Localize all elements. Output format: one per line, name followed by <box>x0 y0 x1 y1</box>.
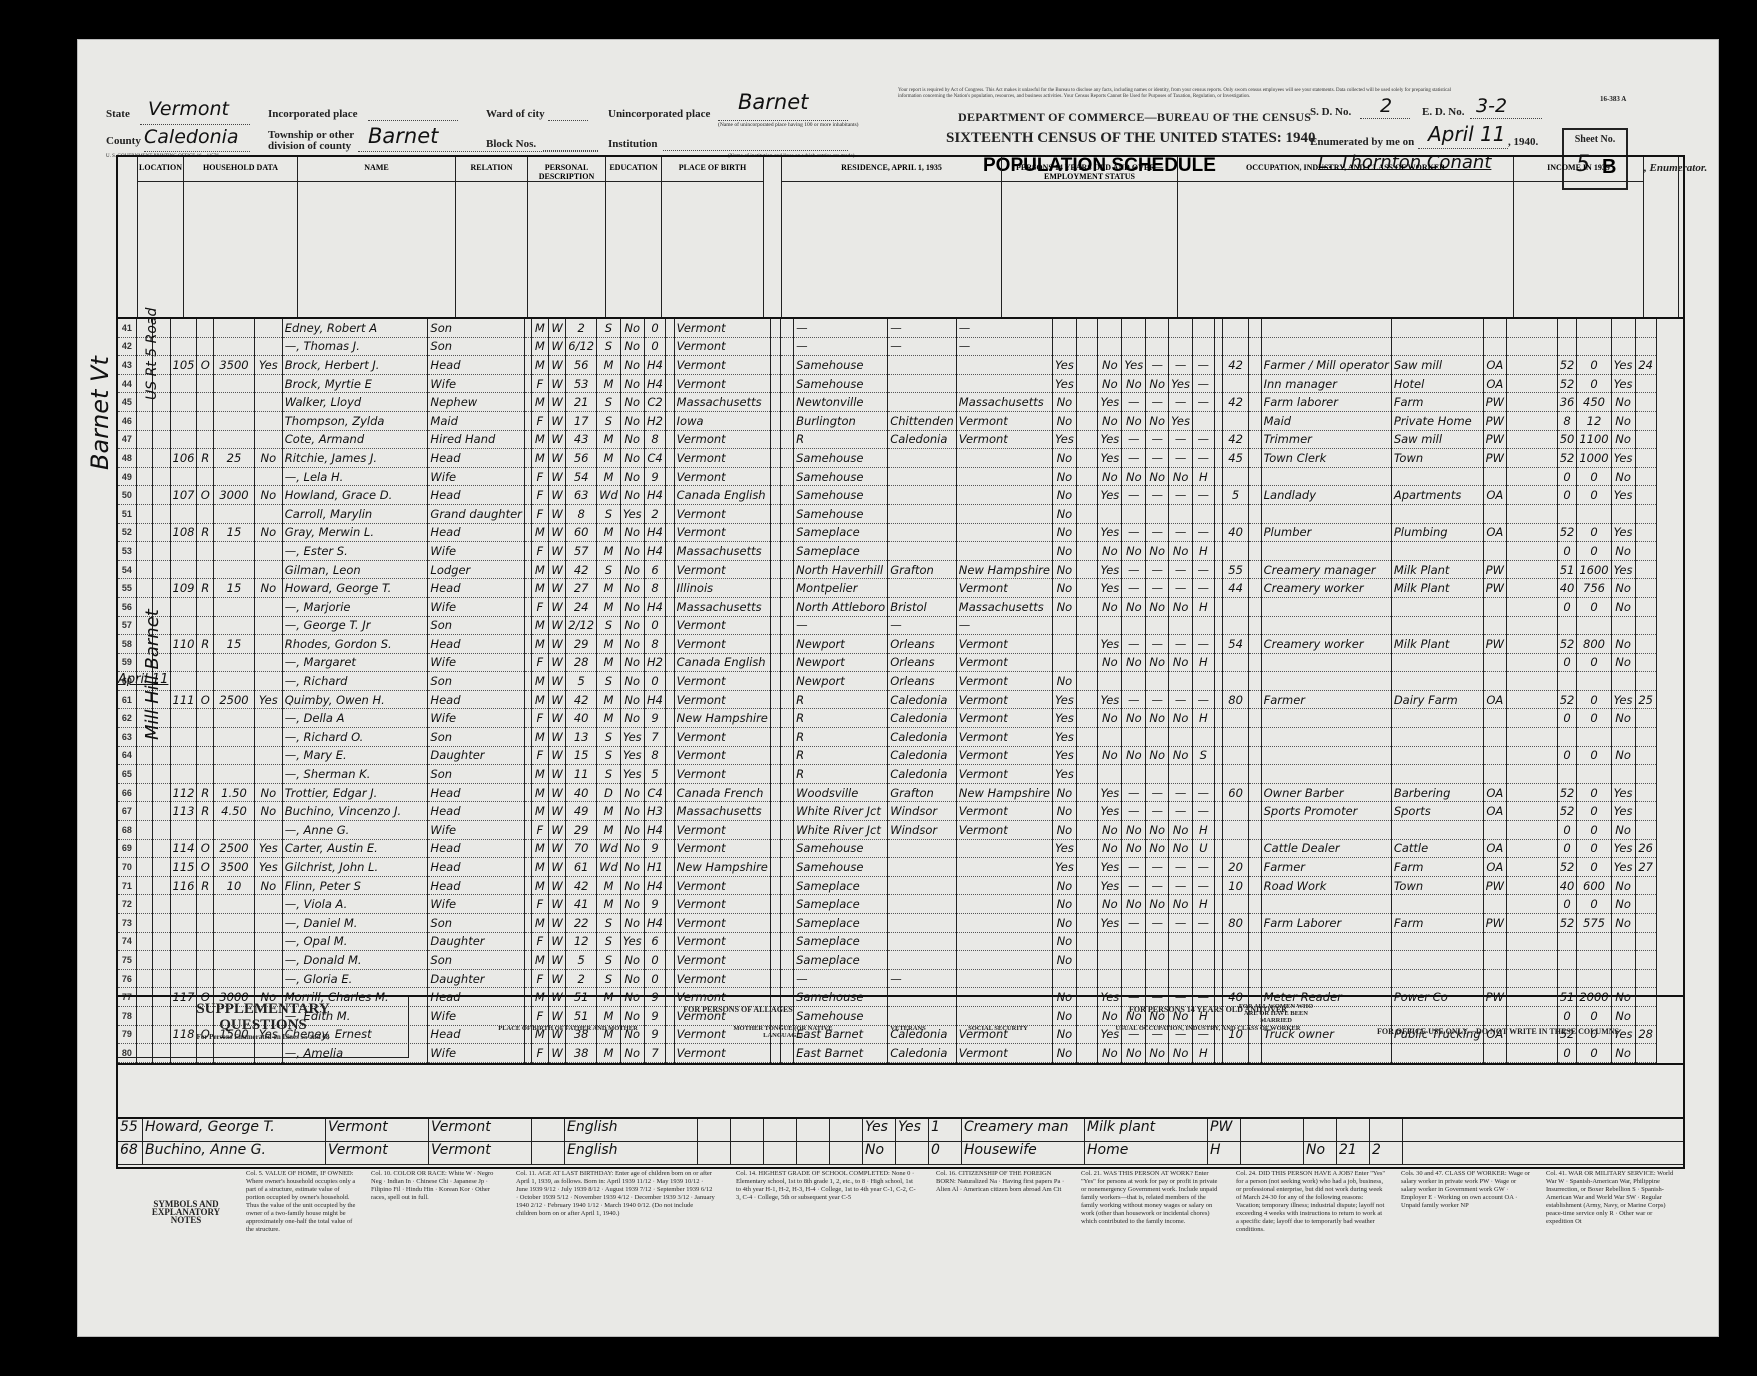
cell-blank <box>780 746 794 765</box>
cell-res_county: — <box>888 337 957 356</box>
cell-name: Edney, Robert A <box>282 319 428 337</box>
cell-sch: No <box>620 635 644 654</box>
cell-c21: No <box>1098 542 1122 561</box>
cell-sex: M <box>531 765 548 784</box>
cell-c24: No <box>1169 895 1193 914</box>
cell-c24: No <box>1169 746 1193 765</box>
cell-blank <box>1214 579 1222 598</box>
supp-row: 55Howard, George T.VermontVermontEnglish… <box>118 1119 1683 1142</box>
cell-value <box>214 951 255 970</box>
cell-c24: — <box>1169 914 1193 933</box>
cell-blank <box>136 783 152 802</box>
cell-sch: No <box>620 523 644 542</box>
cell-sex: M <box>531 449 548 468</box>
cell-race: W <box>548 393 565 412</box>
cell-same: No <box>1052 486 1076 505</box>
cell-mar: S <box>597 672 621 691</box>
cell-blank <box>666 356 674 375</box>
supp-cell-m50 <box>1370 1119 1403 1141</box>
cell-mar: M <box>597 876 621 895</box>
cell-blank <box>770 690 780 709</box>
table-row: 60—, RichardSonMW5SNo0VermontNewportOrle… <box>118 672 1683 691</box>
cell-occ: Farmer <box>1261 858 1391 877</box>
cell-value <box>214 504 255 523</box>
cell-hrs: 10 <box>1222 876 1249 895</box>
cell-res_city: R <box>794 690 888 709</box>
cell-blank <box>1214 542 1222 561</box>
cell-farmno <box>1635 523 1656 542</box>
cell-blank <box>524 858 531 877</box>
cell-blank <box>1249 709 1261 728</box>
cell-value: 3500 <box>214 858 255 877</box>
cell-own: O <box>197 356 214 375</box>
cell-res_state: Vermont <box>956 728 1052 747</box>
cell-res_city: North Attleboro <box>794 597 888 616</box>
cell-blank <box>524 653 531 672</box>
cell-farmno <box>1635 319 1656 337</box>
cell-blank <box>1214 635 1222 654</box>
cell-blank <box>780 690 794 709</box>
cell-rel: Wife <box>428 821 524 840</box>
cell-hrs <box>1222 319 1249 337</box>
cell-blank <box>1076 337 1098 356</box>
cell-birth: Vermont <box>674 635 770 654</box>
cell-age: 5 <box>566 951 597 970</box>
cell-res_city: R <box>794 430 888 449</box>
cell-value: 15 <box>214 579 255 598</box>
cell-house: 109 <box>170 579 197 598</box>
cell-farm: No <box>254 579 282 598</box>
cell-blank <box>1249 430 1261 449</box>
cell-blank <box>770 709 780 728</box>
cell-c25: S <box>1193 746 1214 765</box>
cell-blank <box>1076 616 1098 635</box>
cell-blank <box>152 969 170 988</box>
cell-blank <box>1506 467 1557 486</box>
cell-grade: 9 <box>644 839 666 858</box>
cell-blank <box>780 728 794 747</box>
cell-age: 5 <box>566 672 597 691</box>
cell-blank <box>1214 932 1222 951</box>
cell-cls: PW <box>1483 449 1506 468</box>
cell-ind: Saw mill <box>1391 430 1483 449</box>
cell-c21: No <box>1098 467 1122 486</box>
cell-ind <box>1391 746 1483 765</box>
cell-name: —, Donald M. <box>282 951 428 970</box>
cell-c22: No <box>1122 821 1146 840</box>
cell-own <box>197 914 214 933</box>
cell-blank <box>666 765 674 784</box>
cell-blank <box>770 616 780 635</box>
cell-rel: Son <box>428 319 524 337</box>
cell-oth: No <box>1611 467 1635 486</box>
cell-blank <box>666 821 674 840</box>
cell-blank <box>770 858 780 877</box>
cell-wks <box>1557 932 1577 951</box>
cell-sex: M <box>531 430 548 449</box>
cell-blank <box>136 449 152 468</box>
cell-blank <box>152 858 170 877</box>
cell-cls <box>1483 542 1506 561</box>
cell-same: Yes <box>1052 374 1076 393</box>
cell-blank <box>1249 765 1261 784</box>
cell-blank <box>524 783 531 802</box>
cell-res_state <box>956 914 1052 933</box>
cell-blank <box>1214 839 1222 858</box>
cell-blank <box>1506 690 1557 709</box>
cell-blank <box>1506 597 1557 616</box>
cell-blank <box>524 449 531 468</box>
cell-ind <box>1391 951 1483 970</box>
population-table: 41Edney, Robert ASonMW2SNo0Vermont———42—… <box>118 319 1683 1063</box>
cell-sex: F <box>531 411 548 430</box>
cell-blank <box>1249 914 1261 933</box>
cell-occ <box>1261 616 1391 635</box>
cell-cls: PW <box>1483 635 1506 654</box>
cell-blank <box>1249 839 1261 858</box>
cell-ind <box>1391 672 1483 691</box>
cell-own: O <box>197 690 214 709</box>
cell-own <box>197 542 214 561</box>
supp-row: 68Buchino, Anne G.VermontVermontEnglishN… <box>118 1142 1683 1165</box>
cell-rel: Son <box>428 337 524 356</box>
cell-house: 115 <box>170 858 197 877</box>
cell-house: 108 <box>170 523 197 542</box>
supp-cell-blank <box>1241 1119 1304 1141</box>
cell-blank <box>1506 765 1557 784</box>
cell-oth <box>1611 504 1635 523</box>
cell-farm <box>254 765 282 784</box>
cell-c23: No <box>1146 839 1169 858</box>
cell-blank <box>770 876 780 895</box>
cell-blank <box>152 932 170 951</box>
cell-res_city: Woodsville <box>794 783 888 802</box>
cell-c24: — <box>1169 560 1193 579</box>
cell-age: 22 <box>566 914 597 933</box>
cell-c25: — <box>1193 858 1214 877</box>
cell-blank <box>524 319 531 337</box>
cell-race: W <box>548 597 565 616</box>
cell-res_city: Burlington <box>794 411 888 430</box>
cell-farm <box>254 597 282 616</box>
cell-c25: — <box>1193 579 1214 598</box>
cell-blank <box>770 653 780 672</box>
cell-c23 <box>1146 337 1169 356</box>
cell-line: 50 <box>118 486 136 505</box>
cell-wks: 0 <box>1557 709 1577 728</box>
cell-c24: Yes <box>1169 374 1193 393</box>
cell-wks: 52 <box>1557 449 1577 468</box>
cell-c25 <box>1193 319 1214 337</box>
cell-farm <box>254 430 282 449</box>
cell-value: 15 <box>214 523 255 542</box>
cell-birth: Vermont <box>674 746 770 765</box>
cell-blank <box>524 969 531 988</box>
cell-res_state <box>956 449 1052 468</box>
cell-same: No <box>1052 393 1076 412</box>
cell-wks: 52 <box>1557 635 1577 654</box>
cell-value <box>214 374 255 393</box>
cell-blank <box>1506 746 1557 765</box>
header-residence-1935: RESIDENCE, APRIL 1, 1935 <box>782 157 1002 317</box>
cell-birth: Vermont <box>674 672 770 691</box>
cell-blank <box>780 765 794 784</box>
cell-mar: S <box>597 319 621 337</box>
cell-age: 63 <box>566 486 597 505</box>
cell-blank <box>136 560 152 579</box>
cell-line: 45 <box>118 393 136 412</box>
cell-sex: M <box>531 579 548 598</box>
cell-c24: — <box>1169 356 1193 375</box>
cell-wks: 52 <box>1557 858 1577 877</box>
cell-value <box>214 895 255 914</box>
cell-oth: No <box>1611 597 1635 616</box>
cell-c25: — <box>1193 449 1214 468</box>
cell-c25: H <box>1193 597 1214 616</box>
cell-res_city: Sameplace <box>794 876 888 895</box>
cell-name: Carroll, Marylin <box>282 504 428 523</box>
cell-farmno <box>1635 932 1656 951</box>
cell-blank <box>1076 690 1098 709</box>
cell-rel: Maid <box>428 411 524 430</box>
cell-cls <box>1483 709 1506 728</box>
cell-blank <box>1506 579 1557 598</box>
cell-blank <box>780 319 794 337</box>
cell-blank <box>524 746 531 765</box>
table-row: 56—, MarjorieWifeFW24MNoH4MassachusettsN… <box>118 597 1683 616</box>
cell-hrs <box>1222 374 1249 393</box>
cell-oth <box>1611 319 1635 337</box>
supp-title: SUPPLEMENTARY QUESTIONS <box>183 997 343 1033</box>
cell-c22: — <box>1122 449 1146 468</box>
table-row: 49—, Lela H.WifeFW54MNo9VermontSamehouse… <box>118 467 1683 486</box>
cell-oth: No <box>1611 635 1635 654</box>
cell-c21: No <box>1098 709 1122 728</box>
cell-farm <box>254 821 282 840</box>
cell-hrs: 54 <box>1222 635 1249 654</box>
cell-hrs <box>1222 504 1249 523</box>
cell-race: W <box>548 635 565 654</box>
cell-wage: 0 <box>1577 597 1611 616</box>
cell-own <box>197 728 214 747</box>
cell-ind: Apartments <box>1391 486 1483 505</box>
cell-oth: Yes <box>1611 858 1635 877</box>
cell-occ <box>1261 597 1391 616</box>
cell-hrs <box>1222 411 1249 430</box>
cell-race: W <box>548 374 565 393</box>
cell-rel: Head <box>428 356 524 375</box>
cell-res_state <box>956 356 1052 375</box>
cell-blank <box>1249 616 1261 635</box>
cell-same: Yes <box>1052 690 1076 709</box>
cell-occ: Town Clerk <box>1261 449 1391 468</box>
cell-blank <box>524 356 531 375</box>
cell-race: W <box>548 356 565 375</box>
cell-blank <box>1249 932 1261 951</box>
cell-c21 <box>1098 728 1122 747</box>
cell-sch: No <box>620 411 644 430</box>
cell-farm: Yes <box>254 356 282 375</box>
cell-wks: 40 <box>1557 876 1577 895</box>
cell-wks: 0 <box>1557 542 1577 561</box>
cell-blank <box>1249 449 1261 468</box>
cell-ind: Farm <box>1391 393 1483 412</box>
cell-grade: 8 <box>644 430 666 449</box>
cell-oth <box>1611 616 1635 635</box>
cell-value <box>214 430 255 449</box>
cell-c21: Yes <box>1098 914 1122 933</box>
cell-c21 <box>1098 337 1122 356</box>
cell-c23: No <box>1146 542 1169 561</box>
cell-res_city: Sameplace <box>794 523 888 542</box>
cell-sex: M <box>531 672 548 691</box>
cell-occ: Plumber <box>1261 523 1391 542</box>
cell-blank <box>666 783 674 802</box>
cell-c21: No <box>1098 597 1122 616</box>
cell-res_state: — <box>956 319 1052 337</box>
cell-c23: — <box>1146 560 1169 579</box>
cell-res_city: Samehouse <box>794 839 888 858</box>
cell-race: W <box>548 765 565 784</box>
cell-farm <box>254 709 282 728</box>
cell-res_city: R <box>794 728 888 747</box>
cell-sch: No <box>620 690 644 709</box>
cell-blank <box>770 635 780 654</box>
cell-birth: Vermont <box>674 467 770 486</box>
cell-grade: 9 <box>644 467 666 486</box>
cell-blank <box>136 504 152 523</box>
cell-blank <box>1076 839 1098 858</box>
cell-sex: M <box>531 523 548 542</box>
cell-mar: M <box>597 709 621 728</box>
cell-wage: 450 <box>1577 393 1611 412</box>
cell-c25 <box>1193 969 1214 988</box>
cell-line: 74 <box>118 932 136 951</box>
cell-sex: M <box>531 914 548 933</box>
cell-blank <box>136 467 152 486</box>
cell-house: 110 <box>170 635 197 654</box>
cell-sex: M <box>531 393 548 412</box>
cell-own <box>197 411 214 430</box>
cell-hrs: 42 <box>1222 430 1249 449</box>
cell-c23: — <box>1146 393 1169 412</box>
cell-same: No <box>1052 411 1076 430</box>
cell-grade: C4 <box>644 449 666 468</box>
cell-hrs: 44 <box>1222 579 1249 598</box>
table-row: 50107O3000NoHowland, Grace D.HeadFW63WdN… <box>118 486 1683 505</box>
cell-farm <box>254 616 282 635</box>
cell-c24 <box>1169 765 1193 784</box>
cell-ind <box>1391 467 1483 486</box>
cell-race: W <box>548 914 565 933</box>
cell-rel: Daughter <box>428 746 524 765</box>
cell-res_county: Caledonia <box>888 690 957 709</box>
cell-blank <box>1076 765 1098 784</box>
cell-blank <box>1076 542 1098 561</box>
cell-oth: No <box>1611 430 1635 449</box>
cell-ind <box>1391 821 1483 840</box>
cell-wage <box>1577 765 1611 784</box>
cell-age: 53 <box>566 374 597 393</box>
unincorporated-line <box>718 120 848 121</box>
cell-blank <box>524 765 531 784</box>
margin-note-date: April 11 <box>118 672 168 687</box>
cell-race: W <box>548 746 565 765</box>
supp-cell-ss42: No <box>863 1142 896 1164</box>
cell-farm <box>254 504 282 523</box>
cell-res_city: Samehouse <box>794 449 888 468</box>
cell-blank <box>770 486 780 505</box>
cell-sch: No <box>620 560 644 579</box>
cell-age: 28 <box>566 653 597 672</box>
cell-blank <box>1076 746 1098 765</box>
cell-birth: Vermont <box>674 951 770 970</box>
table-row: 55109R15NoHoward, George T.HeadMW27MNo8I… <box>118 579 1683 598</box>
cell-res_city: — <box>794 969 888 988</box>
cell-race: W <box>548 467 565 486</box>
cell-value <box>214 746 255 765</box>
cell-own: R <box>197 449 214 468</box>
cell-mar: S <box>597 914 621 933</box>
cell-house: 112 <box>170 783 197 802</box>
cell-mar: M <box>597 653 621 672</box>
cell-blank <box>152 542 170 561</box>
cell-res_state <box>956 951 1052 970</box>
cell-line: 76 <box>118 969 136 988</box>
header-education: EDUCATION <box>606 157 662 317</box>
cell-name: Gilchrist, John L. <box>282 858 428 877</box>
cell-house <box>170 765 197 784</box>
cell-birth: Vermont <box>674 449 770 468</box>
supp-veterans: VETERANS <box>858 1025 958 1032</box>
cell-hrs <box>1222 728 1249 747</box>
cell-c24: No <box>1169 839 1193 858</box>
cell-grade: C4 <box>644 783 666 802</box>
cell-wage <box>1577 672 1611 691</box>
cell-sch: No <box>620 616 644 635</box>
cell-blank <box>524 876 531 895</box>
cell-mar: D <box>597 783 621 802</box>
cell-blank <box>780 709 794 728</box>
cell-value: 3500 <box>214 356 255 375</box>
cell-c25 <box>1193 672 1214 691</box>
cell-wage: 0 <box>1577 523 1611 542</box>
cell-line: 58 <box>118 635 136 654</box>
supp-subtitle: For Persons Enumerated on Lines 55 and 6… <box>118 1033 408 1041</box>
cell-hrs <box>1222 616 1249 635</box>
cell-farm: Yes <box>254 839 282 858</box>
cell-c22: Yes <box>1122 356 1146 375</box>
cell-race: W <box>548 672 565 691</box>
cell-blank <box>1076 449 1098 468</box>
cell-c21: Yes <box>1098 802 1122 821</box>
cell-farm: Yes <box>254 858 282 877</box>
table-row: 59—, MargaretWifeFW28MNoH2Canada English… <box>118 653 1683 672</box>
cell-c24: — <box>1169 783 1193 802</box>
cell-res_state <box>956 858 1052 877</box>
cell-c21: Yes <box>1098 393 1122 412</box>
table-row: 44Brock, Myrtie EWifeFW53MNoH4VermontSam… <box>118 374 1683 393</box>
cell-farmno <box>1635 374 1656 393</box>
cell-birth: Iowa <box>674 411 770 430</box>
cell-wage: 0 <box>1577 709 1611 728</box>
cell-farm <box>254 728 282 747</box>
cell-race: W <box>548 821 565 840</box>
cell-occ <box>1261 319 1391 337</box>
cell-grade: 9 <box>644 895 666 914</box>
cell-farm <box>254 653 282 672</box>
cell-blank <box>524 932 531 951</box>
